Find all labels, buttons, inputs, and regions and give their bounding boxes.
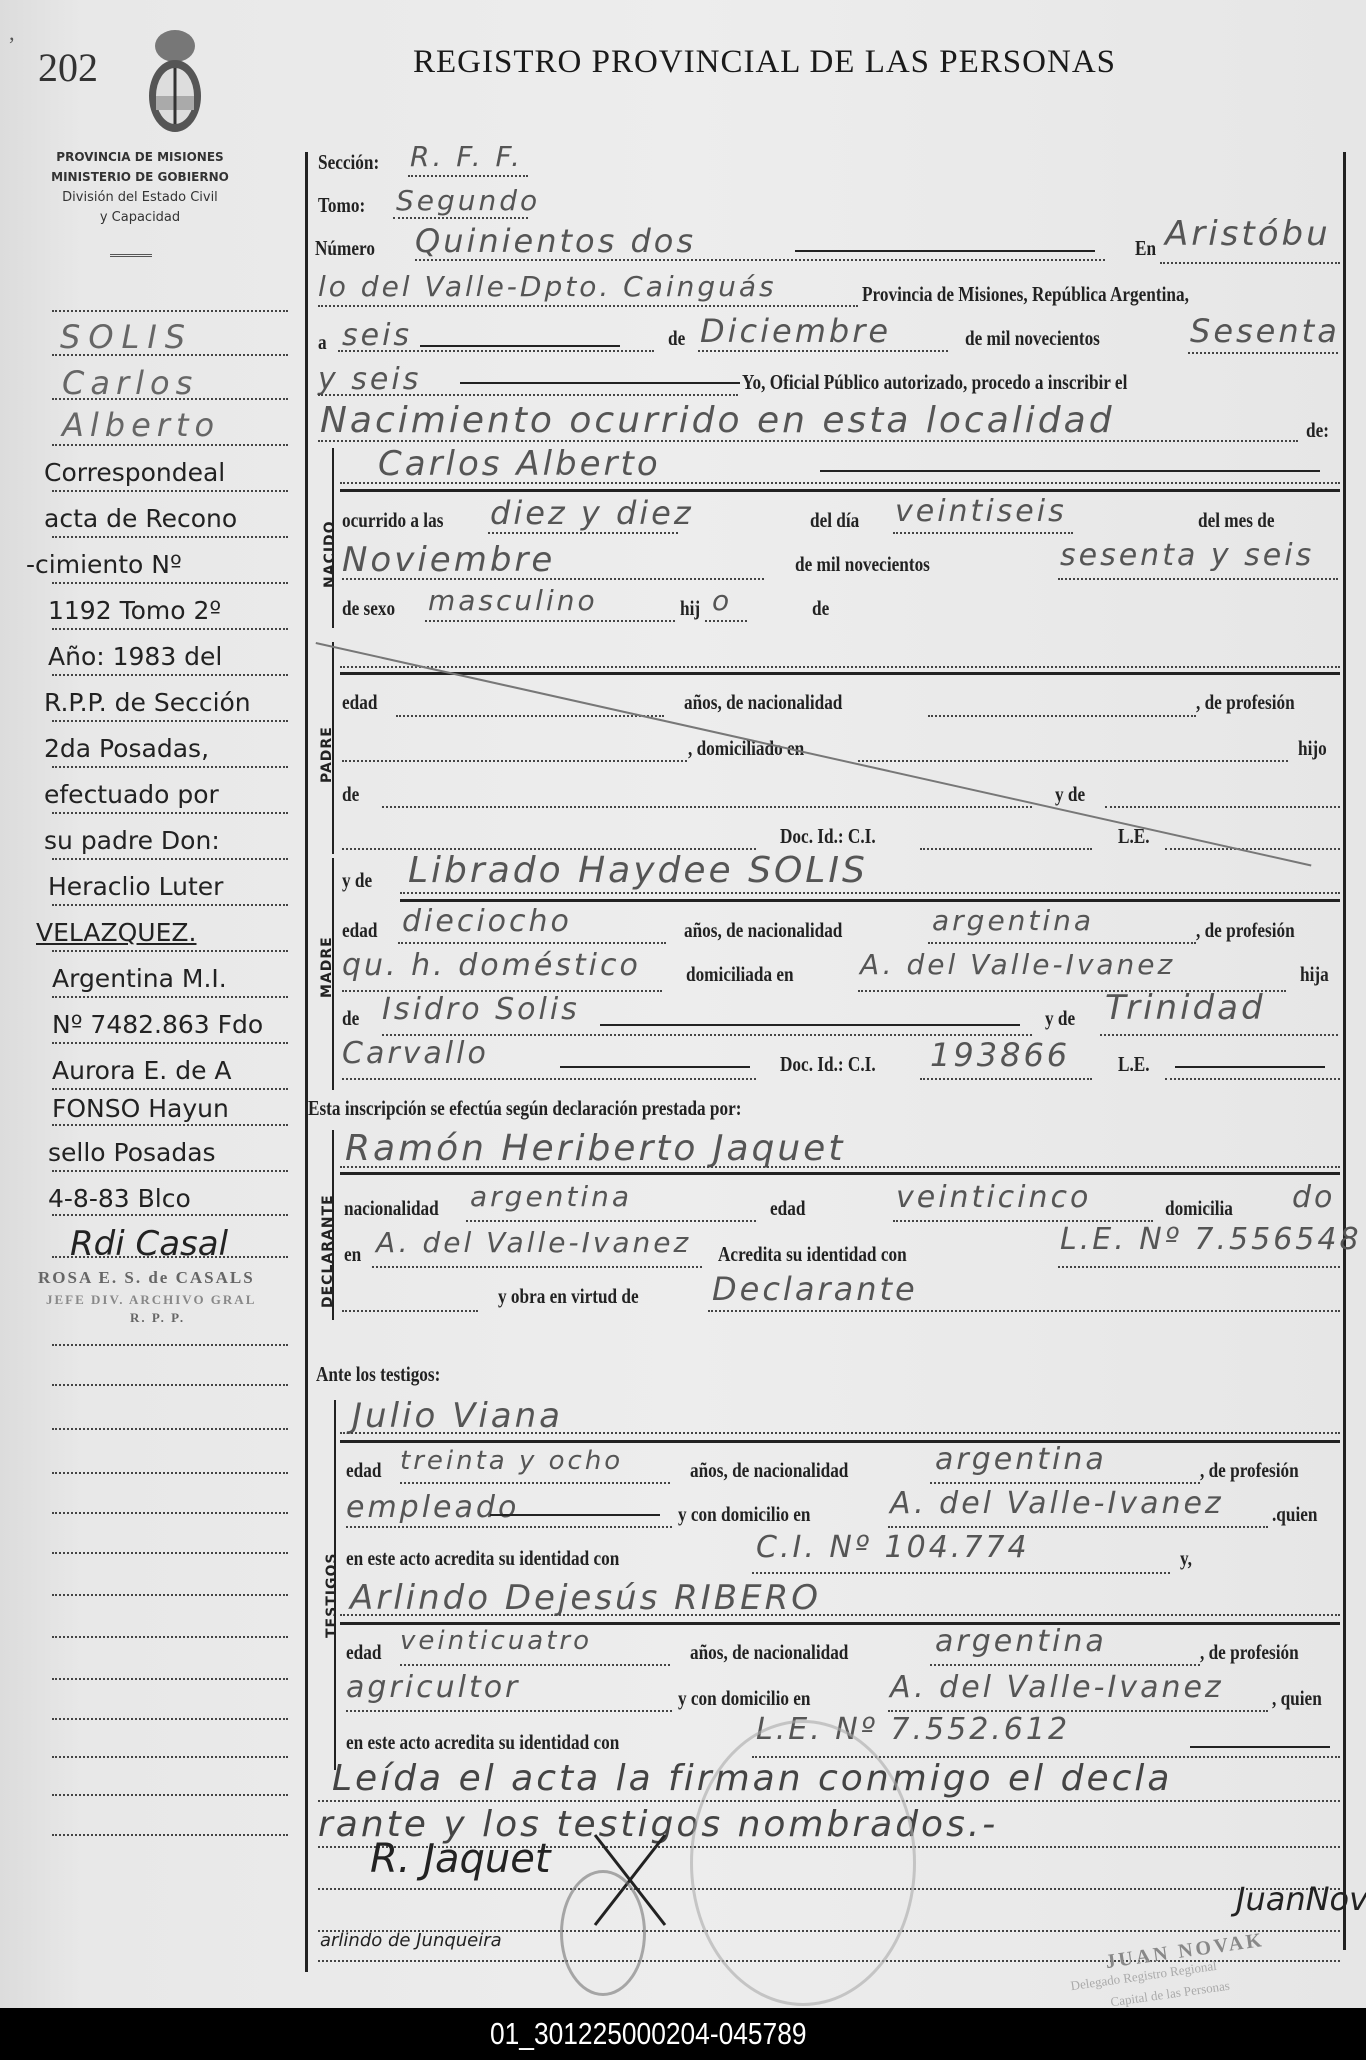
year-value-2: y seis xyxy=(318,362,421,397)
witness-2-anios-label: años, de nacionalidad xyxy=(690,1640,848,1665)
witness-2-profesion-label: , de profesión xyxy=(1200,1640,1299,1665)
section-rule xyxy=(340,489,1340,492)
declarante-intro: Esta inscripción se efectúa según declar… xyxy=(308,1096,742,1121)
year-label: de mil novecientos xyxy=(965,326,1100,351)
declarante-acredita-label: Acredita su identidad con xyxy=(718,1242,907,1267)
dots xyxy=(52,1472,288,1474)
witness-1-anios-label: años, de nacionalidad xyxy=(690,1458,848,1483)
dots xyxy=(752,1572,1170,1574)
dots xyxy=(52,398,288,400)
madre-doc-label: Doc. Id.: C.I. xyxy=(780,1052,876,1077)
dots xyxy=(398,942,666,944)
place-value-1: Aristóbu xyxy=(1165,214,1331,254)
margin-line: sello Posadas xyxy=(48,1138,216,1167)
dots xyxy=(52,536,288,538)
seccion-label: Sección: xyxy=(318,150,379,175)
dots xyxy=(340,482,1340,484)
anio-label: de mil novecientos xyxy=(795,552,930,577)
year-value-1: Sesenta xyxy=(1190,312,1340,350)
dots xyxy=(52,1214,288,1216)
padre-yde-label: y de xyxy=(1055,782,1085,807)
witness-1-name: Julio Viana xyxy=(352,1396,563,1436)
declarante-id-value: L.E. Nº 7.556548 xyxy=(1060,1222,1362,1257)
dots xyxy=(52,1042,288,1044)
dots xyxy=(338,350,654,352)
dots xyxy=(52,858,288,860)
dots xyxy=(52,1384,288,1386)
dots xyxy=(1165,1078,1340,1080)
fill-line xyxy=(1175,1066,1325,1068)
dots xyxy=(698,350,948,352)
section-rule xyxy=(340,672,1340,675)
margin-line: Argentina M.I. xyxy=(52,964,227,993)
dots xyxy=(52,1756,288,1758)
section-rule xyxy=(340,1622,1340,1625)
dots xyxy=(52,1794,288,1796)
ocurrido-label: ocurrido a las xyxy=(342,508,443,533)
madre-profesion-label: , de profesión xyxy=(1196,918,1295,943)
margin-stamp-line-2: JEFE DIV. ARCHIVO GRAL xyxy=(46,1292,256,1308)
dots xyxy=(1100,1034,1338,1036)
dots xyxy=(1105,806,1340,808)
sexo-value: masculino xyxy=(428,584,598,617)
padre-de-label: de xyxy=(342,782,359,807)
dots xyxy=(708,1310,1340,1312)
anio-value: sesenta y seis xyxy=(1060,538,1314,573)
margin-line: su padre Don: xyxy=(44,826,220,855)
tomo-value: Segundo xyxy=(396,184,540,217)
image-id-bar: 01_301225000204-045789 xyxy=(0,2008,1366,2060)
madre-hija-label: hija xyxy=(1300,962,1329,987)
dots xyxy=(705,620,747,622)
en-label: En xyxy=(1135,236,1156,261)
madre-madre-value-2: Carvallo xyxy=(342,1036,489,1071)
dots xyxy=(52,1718,288,1720)
section-rule xyxy=(340,1440,1340,1443)
dots xyxy=(346,1710,672,1712)
margin-given-2: Alberto xyxy=(62,406,220,444)
nacido-de-label: de xyxy=(812,596,829,621)
dots xyxy=(425,620,675,622)
margin-line: 1192 Tomo 2º xyxy=(48,596,221,625)
margin-line: Correspondeal xyxy=(44,458,225,487)
madre-nacionalidad-value: argentina xyxy=(932,904,1094,937)
dots xyxy=(52,1170,288,1172)
padre-profesion-label: , de profesión xyxy=(1196,690,1295,715)
witness-2-edad-label: edad xyxy=(346,1640,381,1665)
section-rule xyxy=(400,899,1340,902)
document-title: REGISTRO PROVINCIAL DE LAS PERSONAS xyxy=(413,44,1116,81)
fill-line xyxy=(420,345,620,347)
dots xyxy=(52,720,288,722)
declarante-en-label: en xyxy=(344,1242,361,1267)
madre-edad-label: edad xyxy=(342,918,377,943)
margin-line: 2da Posadas, xyxy=(44,734,209,763)
madre-domiciliada-label: domiciliada en xyxy=(686,962,794,987)
dots xyxy=(52,1678,288,1680)
image-id-text: 01_301225000204-045789 xyxy=(490,2016,807,2052)
dots xyxy=(340,1166,1340,1168)
issuer-line-3: División del Estado Civil xyxy=(50,190,230,205)
margin-line: FONSO Hayun xyxy=(52,1094,229,1123)
dots xyxy=(52,766,288,768)
witness-1-y-label: y, xyxy=(1180,1546,1192,1571)
witness-2-edad-value: veinticuatro xyxy=(400,1626,592,1656)
padre-hijo-label: hijo xyxy=(1298,736,1327,761)
testigos-label: TESTIGOS xyxy=(324,1538,340,1638)
madre-madre-value-1: Trinidad xyxy=(1105,988,1266,1028)
dots xyxy=(52,444,288,446)
witness-1-profesion-value: empleado xyxy=(346,1490,519,1525)
dots xyxy=(52,1256,288,1258)
dots xyxy=(396,715,664,717)
dots xyxy=(318,394,738,396)
sexo-label: de sexo xyxy=(342,596,395,621)
mes-value: Noviembre xyxy=(342,540,555,580)
coat-of-arms-icon xyxy=(144,26,206,136)
corner-mark: ‚ xyxy=(8,20,15,46)
official-text: Yo, Oficial Público autorizado, procedo … xyxy=(742,370,1127,395)
fill-line xyxy=(560,1066,750,1068)
hij-value: o xyxy=(712,584,732,617)
dots xyxy=(52,1088,288,1090)
nacido-name: Carlos Alberto xyxy=(378,444,661,484)
dots xyxy=(400,892,1340,894)
madre-de-label: de xyxy=(342,1006,359,1031)
declarante-obra-label: y obra en virtud de xyxy=(498,1284,639,1309)
month-value: Diciembre xyxy=(700,312,891,350)
dots xyxy=(1058,578,1338,580)
dots xyxy=(408,175,528,177)
dots xyxy=(52,1594,288,1596)
fill-line xyxy=(820,470,1320,472)
issuer-line-4: y Capacidad xyxy=(50,210,230,225)
declarante-domicilio-value: A. del Valle-Ivanez xyxy=(376,1226,691,1259)
signature-loop xyxy=(560,1870,646,1996)
dots xyxy=(930,1664,1200,1666)
witness-1-acredita-label: en este acto acredita su identidad con xyxy=(346,1546,619,1571)
birth-certificate-page: ‚ 202 REGISTRO PROVINCIAL DE LAS PERSONA… xyxy=(0,0,1366,2008)
tomo-label: Tomo: xyxy=(318,193,365,218)
dots xyxy=(1188,352,1338,354)
dots xyxy=(342,760,687,762)
madre-label: MADRE xyxy=(319,928,335,998)
dots xyxy=(920,848,1092,850)
fill-line xyxy=(1190,1746,1330,1748)
nacido-label: NACIDO xyxy=(322,508,338,588)
margin-line: VELAZQUEZ. xyxy=(36,918,196,947)
dots xyxy=(52,354,288,356)
dia-label: del día xyxy=(810,508,859,533)
madre-ci-value: 193866 xyxy=(930,1036,1070,1074)
madre-le-label: L.E. xyxy=(1118,1052,1150,1077)
dots xyxy=(52,1636,288,1638)
dots xyxy=(928,942,1196,944)
dots xyxy=(52,1834,288,1836)
margin-stamp-line-1: ROSA E. S. de CASALS xyxy=(38,1268,255,1288)
fill-line xyxy=(795,250,1095,252)
dots xyxy=(930,1482,1200,1484)
dots xyxy=(858,760,1288,762)
declarante-obra-value: Declarante xyxy=(712,1270,918,1308)
seccion-value: R. F. F. xyxy=(410,140,523,173)
dots xyxy=(52,582,288,584)
witness-1-edad-value: treinta y ocho xyxy=(400,1446,623,1476)
margin-signature: Rdi Casal xyxy=(70,1224,228,1264)
signature-witness: arlindo de Junqueira xyxy=(320,1930,502,1951)
margin-line: acta de Recono xyxy=(44,504,237,533)
dots xyxy=(340,666,1340,668)
margin-line: Aurora E. de A xyxy=(52,1056,232,1085)
dots xyxy=(488,532,678,534)
dots xyxy=(52,1124,288,1126)
a-label: a xyxy=(318,330,327,355)
declarante-label: DECLARANTE xyxy=(320,1188,336,1308)
fill-line xyxy=(460,382,740,384)
dots xyxy=(920,1078,1092,1080)
declarante-nacionalidad-value: argentina xyxy=(470,1180,632,1213)
fill-line xyxy=(490,1514,660,1516)
event-value: Nacimiento ocurrido en esta localidad xyxy=(320,400,1115,441)
witness-2-quien-label: , quien xyxy=(1272,1686,1322,1711)
issuer-line-2: MINISTERIO DE GOBIERNO xyxy=(50,170,230,184)
dots xyxy=(52,812,288,814)
dots xyxy=(52,310,288,312)
dots xyxy=(1058,1266,1340,1268)
dots xyxy=(52,674,288,676)
dots xyxy=(382,806,1032,808)
declarante-name: Ramón Heriberto Jaquet xyxy=(345,1128,845,1169)
dots xyxy=(346,1526,672,1528)
numero-label: Número xyxy=(315,236,375,261)
padre-anios-label: años, de nacionalidad xyxy=(684,690,842,715)
dots xyxy=(400,1664,670,1666)
madre-profesion-value: qu. h. doméstico xyxy=(342,948,641,983)
dots xyxy=(1165,848,1340,850)
page-number: 202 xyxy=(38,44,98,91)
dots xyxy=(372,1266,702,1268)
witness-1-profesion-label: , de profesión xyxy=(1200,1458,1299,1483)
testigos-intro: Ante los testigos: xyxy=(316,1362,440,1387)
issuer-line-1: PROVINCIA DE MISIONES xyxy=(50,150,230,164)
declarante-domicilia-label: domicilia xyxy=(1165,1196,1233,1221)
dots xyxy=(893,532,1073,534)
dots xyxy=(340,1614,1340,1616)
madre-padre-value: Isidro Solis xyxy=(382,992,580,1027)
margin-line: Nº 7482.863 Fdo xyxy=(52,1010,263,1039)
declarante-domicilia-suffix: do xyxy=(1292,1180,1335,1215)
dots xyxy=(393,217,528,219)
margin-line: Heraclio Luter xyxy=(48,872,223,901)
official-seal-stamp xyxy=(690,1720,916,2006)
place-value-2: lo del Valle-Dpto. Cainguás xyxy=(318,270,777,303)
witness-2-domicilio-value: A. del Valle-Ivanez xyxy=(890,1670,1224,1705)
declarante-edad-value: veinticinco xyxy=(896,1180,1091,1215)
dots xyxy=(318,440,1298,442)
dia-value: veintiseis xyxy=(895,494,1067,529)
witness-2-domicilio-label: y con domicilio en xyxy=(678,1686,811,1711)
madre-domicilio-value: A. del Valle-Ivanez xyxy=(860,948,1175,981)
padre-doc-label: Doc. Id.: C.I. xyxy=(780,824,876,849)
dots xyxy=(52,950,288,952)
dots xyxy=(466,1220,756,1222)
madre-name: Librado Haydee SOLIS xyxy=(408,850,868,891)
witness-2-name: Arlindo Dejesús RIBERO xyxy=(350,1578,821,1618)
dots xyxy=(415,259,1105,261)
witness-1-edad-label: edad xyxy=(346,1458,381,1483)
madre-yde2-label: y de xyxy=(1045,1006,1075,1031)
signature-declarante: R. Jaquet xyxy=(370,1836,551,1882)
dots xyxy=(52,1552,288,1554)
witness-2-nacionalidad-value: argentina xyxy=(935,1624,1107,1659)
witness-1-id-value: C.I. Nº 104.774 xyxy=(756,1530,1030,1565)
margin-stamp-line-3: R. P. P. xyxy=(130,1310,185,1326)
declarante-edad-label: edad xyxy=(770,1196,805,1221)
dots xyxy=(318,305,858,307)
witness-2-acredita-label: en este acto acredita su identidad con xyxy=(346,1730,619,1755)
de-label: de xyxy=(668,326,685,351)
margin-surname: SOLIS xyxy=(60,318,193,356)
dots xyxy=(400,1482,670,1484)
witness-1-domicilio-label: y con domicilio en xyxy=(678,1502,811,1527)
witness-1-nacionalidad-value: argentina xyxy=(935,1442,1107,1477)
dots xyxy=(52,1428,288,1430)
hour-value: diez y diez xyxy=(490,494,694,532)
left-frame xyxy=(305,152,308,1972)
dots xyxy=(928,715,1196,717)
numero-value: Quinientos dos xyxy=(415,222,696,260)
margin-line: R.P.P. de Sección xyxy=(44,688,251,717)
witness-1-domicilio-value: A. del Valle-Ivanez xyxy=(890,1486,1224,1521)
day-value: seis xyxy=(342,318,412,353)
dots xyxy=(342,1310,478,1312)
madre-yde-label: y de xyxy=(342,868,372,893)
dots xyxy=(52,628,288,630)
madre-edad-value: dieciocho xyxy=(402,904,572,939)
mes-label: del mes de xyxy=(1198,508,1275,533)
hij-label: hij xyxy=(680,596,700,621)
dots xyxy=(1160,262,1340,264)
margin-line: Año: 1983 del xyxy=(48,642,222,671)
province-text: Provincia de Misiones, República Argenti… xyxy=(862,282,1189,307)
divider xyxy=(110,254,152,257)
margin-given-1: Carlos xyxy=(62,364,198,402)
dots xyxy=(52,1512,288,1514)
madre-anios-label: años, de nacionalidad xyxy=(684,918,842,943)
section-rule xyxy=(340,1172,1340,1175)
margin-line: efectuado por xyxy=(44,780,219,809)
margin-line: -cimiento Nº xyxy=(26,550,182,579)
dots xyxy=(52,996,288,998)
dots xyxy=(342,1078,756,1080)
padre-edad-label: edad xyxy=(342,690,377,715)
dots xyxy=(52,490,288,492)
witness-1-quien-label: .quien xyxy=(1272,1502,1317,1527)
dots xyxy=(52,1344,288,1346)
declarante-nacionalidad-label: nacionalidad xyxy=(344,1196,439,1221)
padre-label: PADRE xyxy=(319,713,335,783)
dots xyxy=(888,1526,1268,1528)
de-colon: de: xyxy=(1306,418,1329,443)
dots xyxy=(342,578,764,580)
signature-official: JuanNovak xyxy=(1236,1880,1366,1918)
margin-line: 4-8-83 Blco xyxy=(48,1184,191,1213)
right-frame xyxy=(1343,152,1346,1950)
dots xyxy=(340,1432,1340,1434)
witness-2-profesion-value: agricultor xyxy=(346,1670,520,1705)
fill-line xyxy=(600,1024,1020,1026)
dots xyxy=(52,904,288,906)
